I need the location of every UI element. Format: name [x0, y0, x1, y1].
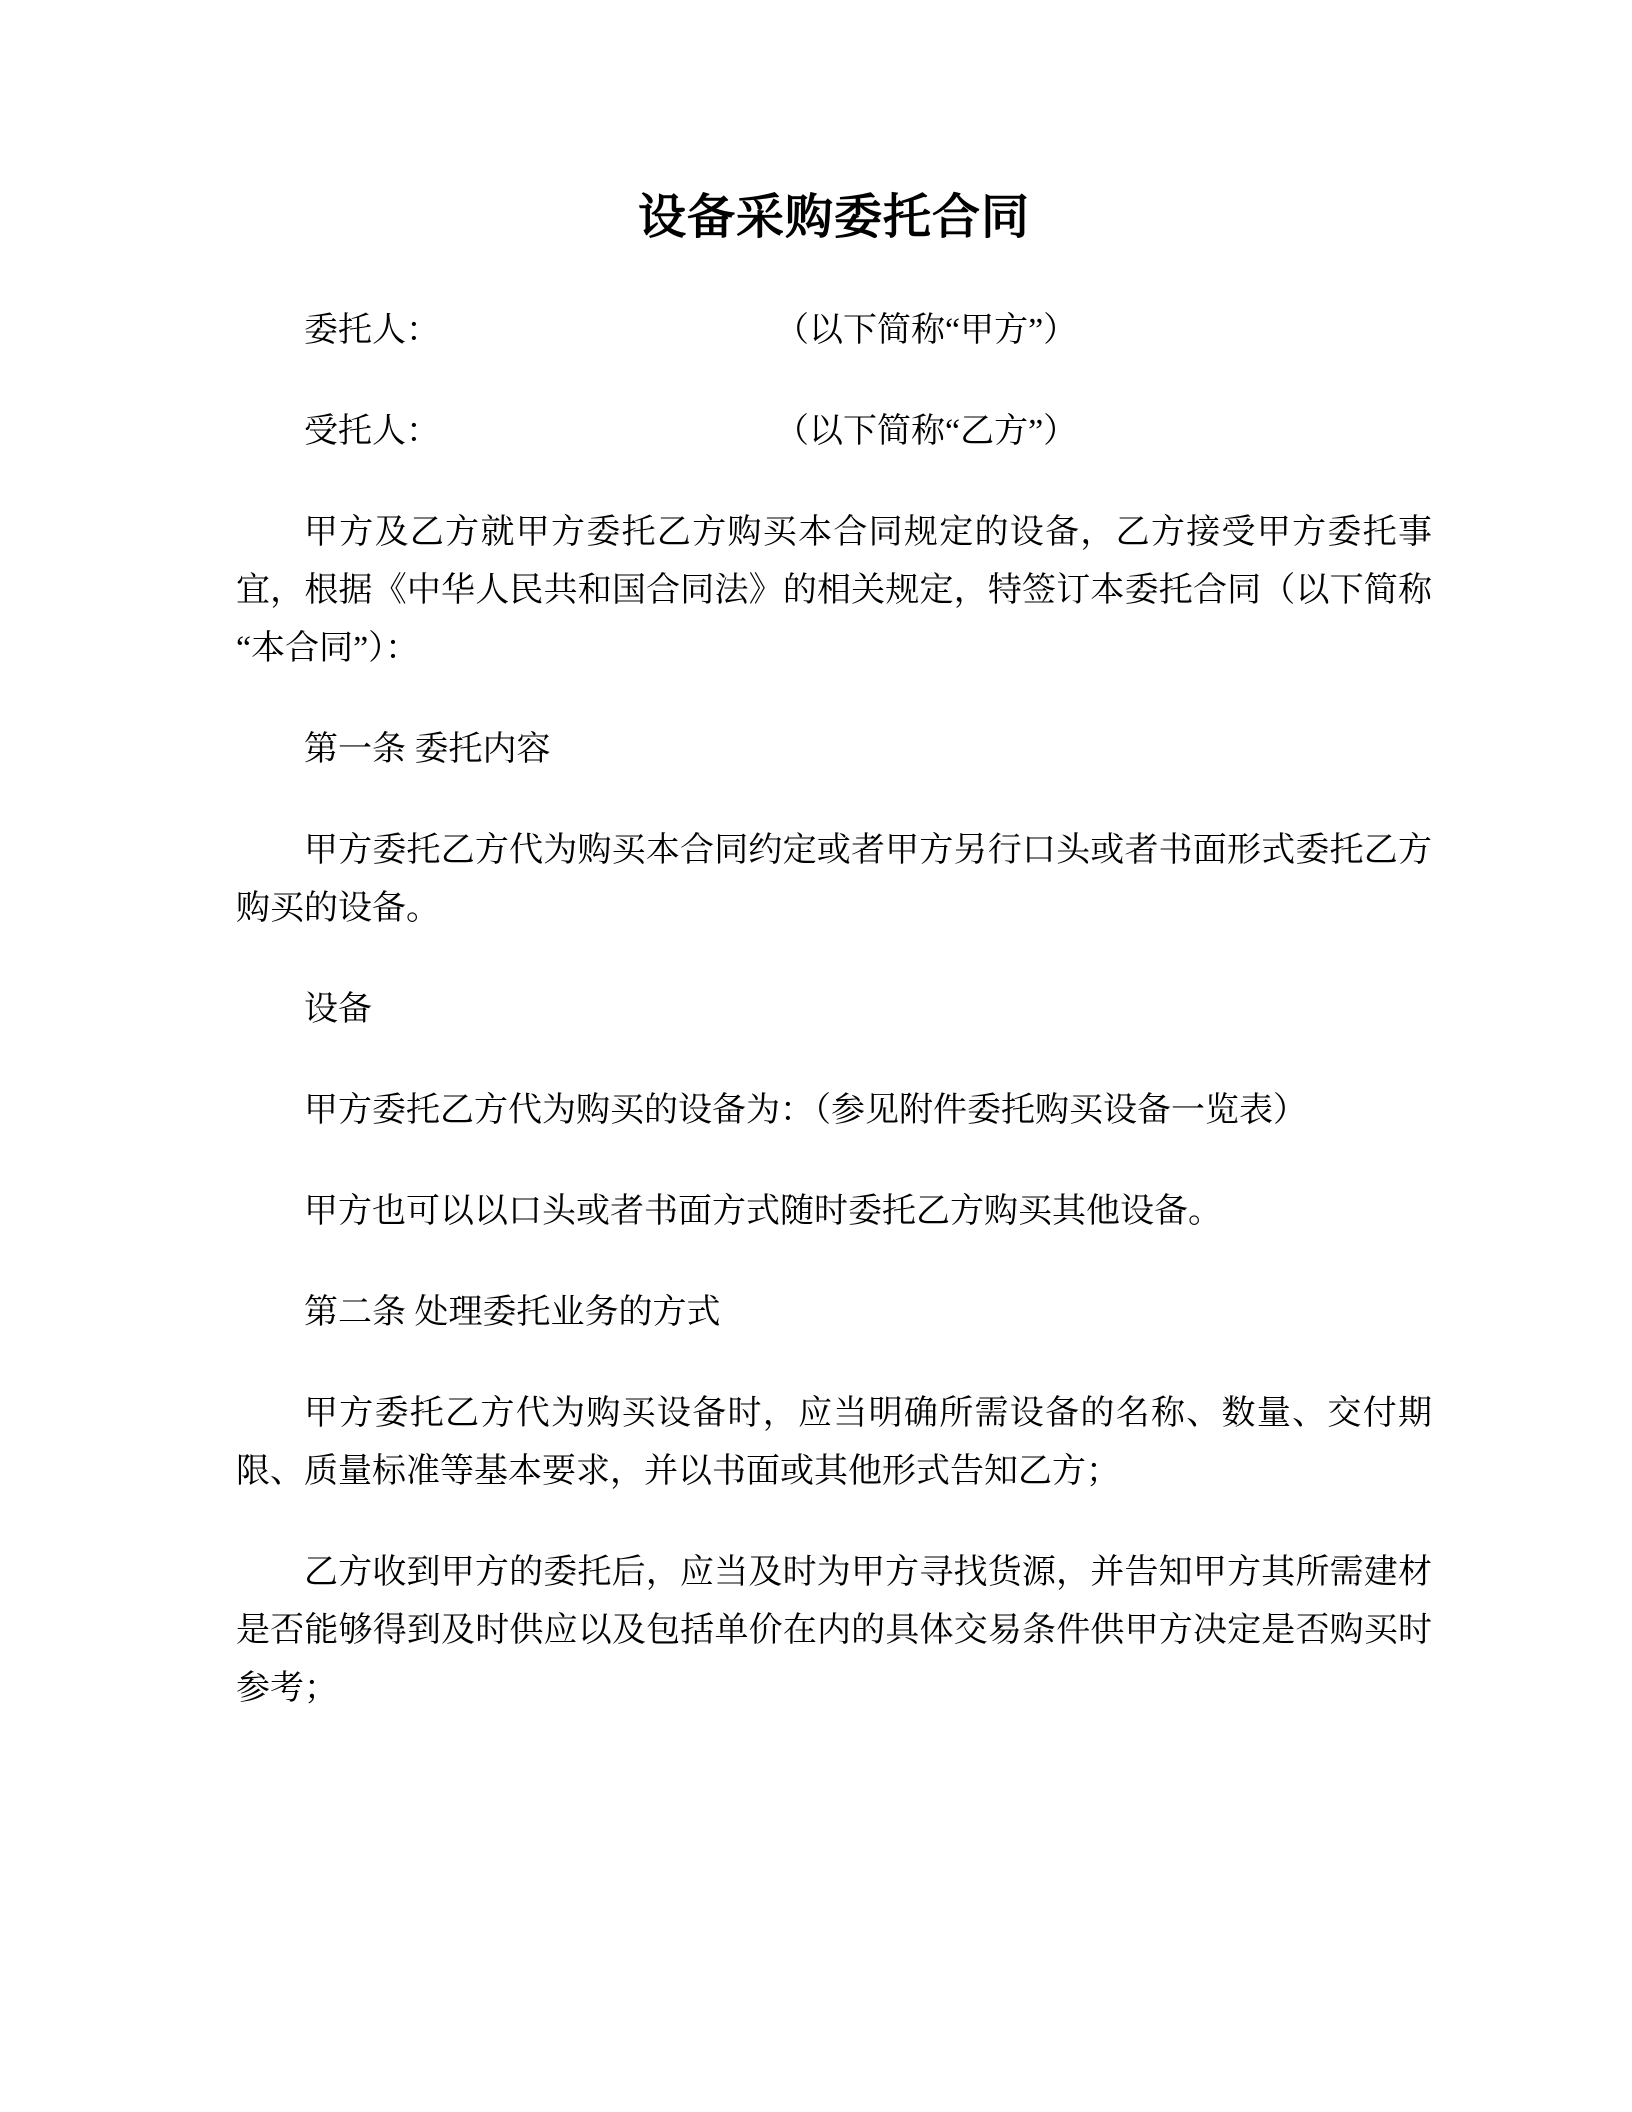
section2-heading: 第二条 处理委托业务的方式 [236, 1284, 1432, 1342]
section1-heading: 第一条 委托内容 [236, 721, 1432, 779]
section1-paragraph-1: 甲方委托乙方代为购买本合同约定或者甲方另行口头或者书面形式委托乙方购买的设备。 [236, 822, 1432, 938]
party-note-principal: （以下简称“甲方”） [775, 312, 1077, 349]
section2-paragraph-2: 乙方收到甲方的委托后，应当及时为甲方寻找货源，并告知甲方其所需建材是否能够得到及… [236, 1544, 1432, 1718]
section1-subheading-equipment: 设备 [236, 981, 1432, 1039]
section1-paragraph-3: 甲方也可以以口头或者书面方式随时委托乙方购买其他设备。 [236, 1183, 1432, 1241]
party-note-agent: （以下简称“乙方”） [775, 413, 1077, 450]
party-gap-spacer [440, 340, 775, 341]
party-row-principal: 委托人：（以下简称“甲方”） [236, 302, 1432, 360]
contract-document-page: 设备采购委托合同 委托人：（以下简称“甲方”） 受托人：（以下简称“乙方”） 甲… [0, 0, 1632, 2112]
party-label-principal: 委托人： [304, 312, 440, 349]
section1-paragraph-2: 甲方委托乙方代为购买的设备为：（参见附件委托购买设备一览表） [236, 1082, 1432, 1140]
party-gap-spacer [440, 441, 775, 442]
party-row-agent: 受托人：（以下简称“乙方”） [236, 403, 1432, 461]
section2-paragraph-1: 甲方委托乙方代为购买设备时，应当明确所需设备的名称、数量、交付期限、质量标准等基… [236, 1385, 1432, 1501]
contract-title: 设备采购委托合同 [236, 190, 1432, 246]
intro-paragraph: 甲方及乙方就甲方委托乙方购买本合同规定的设备，乙方接受甲方委托事宜，根据《中华人… [236, 504, 1432, 678]
party-label-agent: 受托人： [304, 413, 440, 450]
